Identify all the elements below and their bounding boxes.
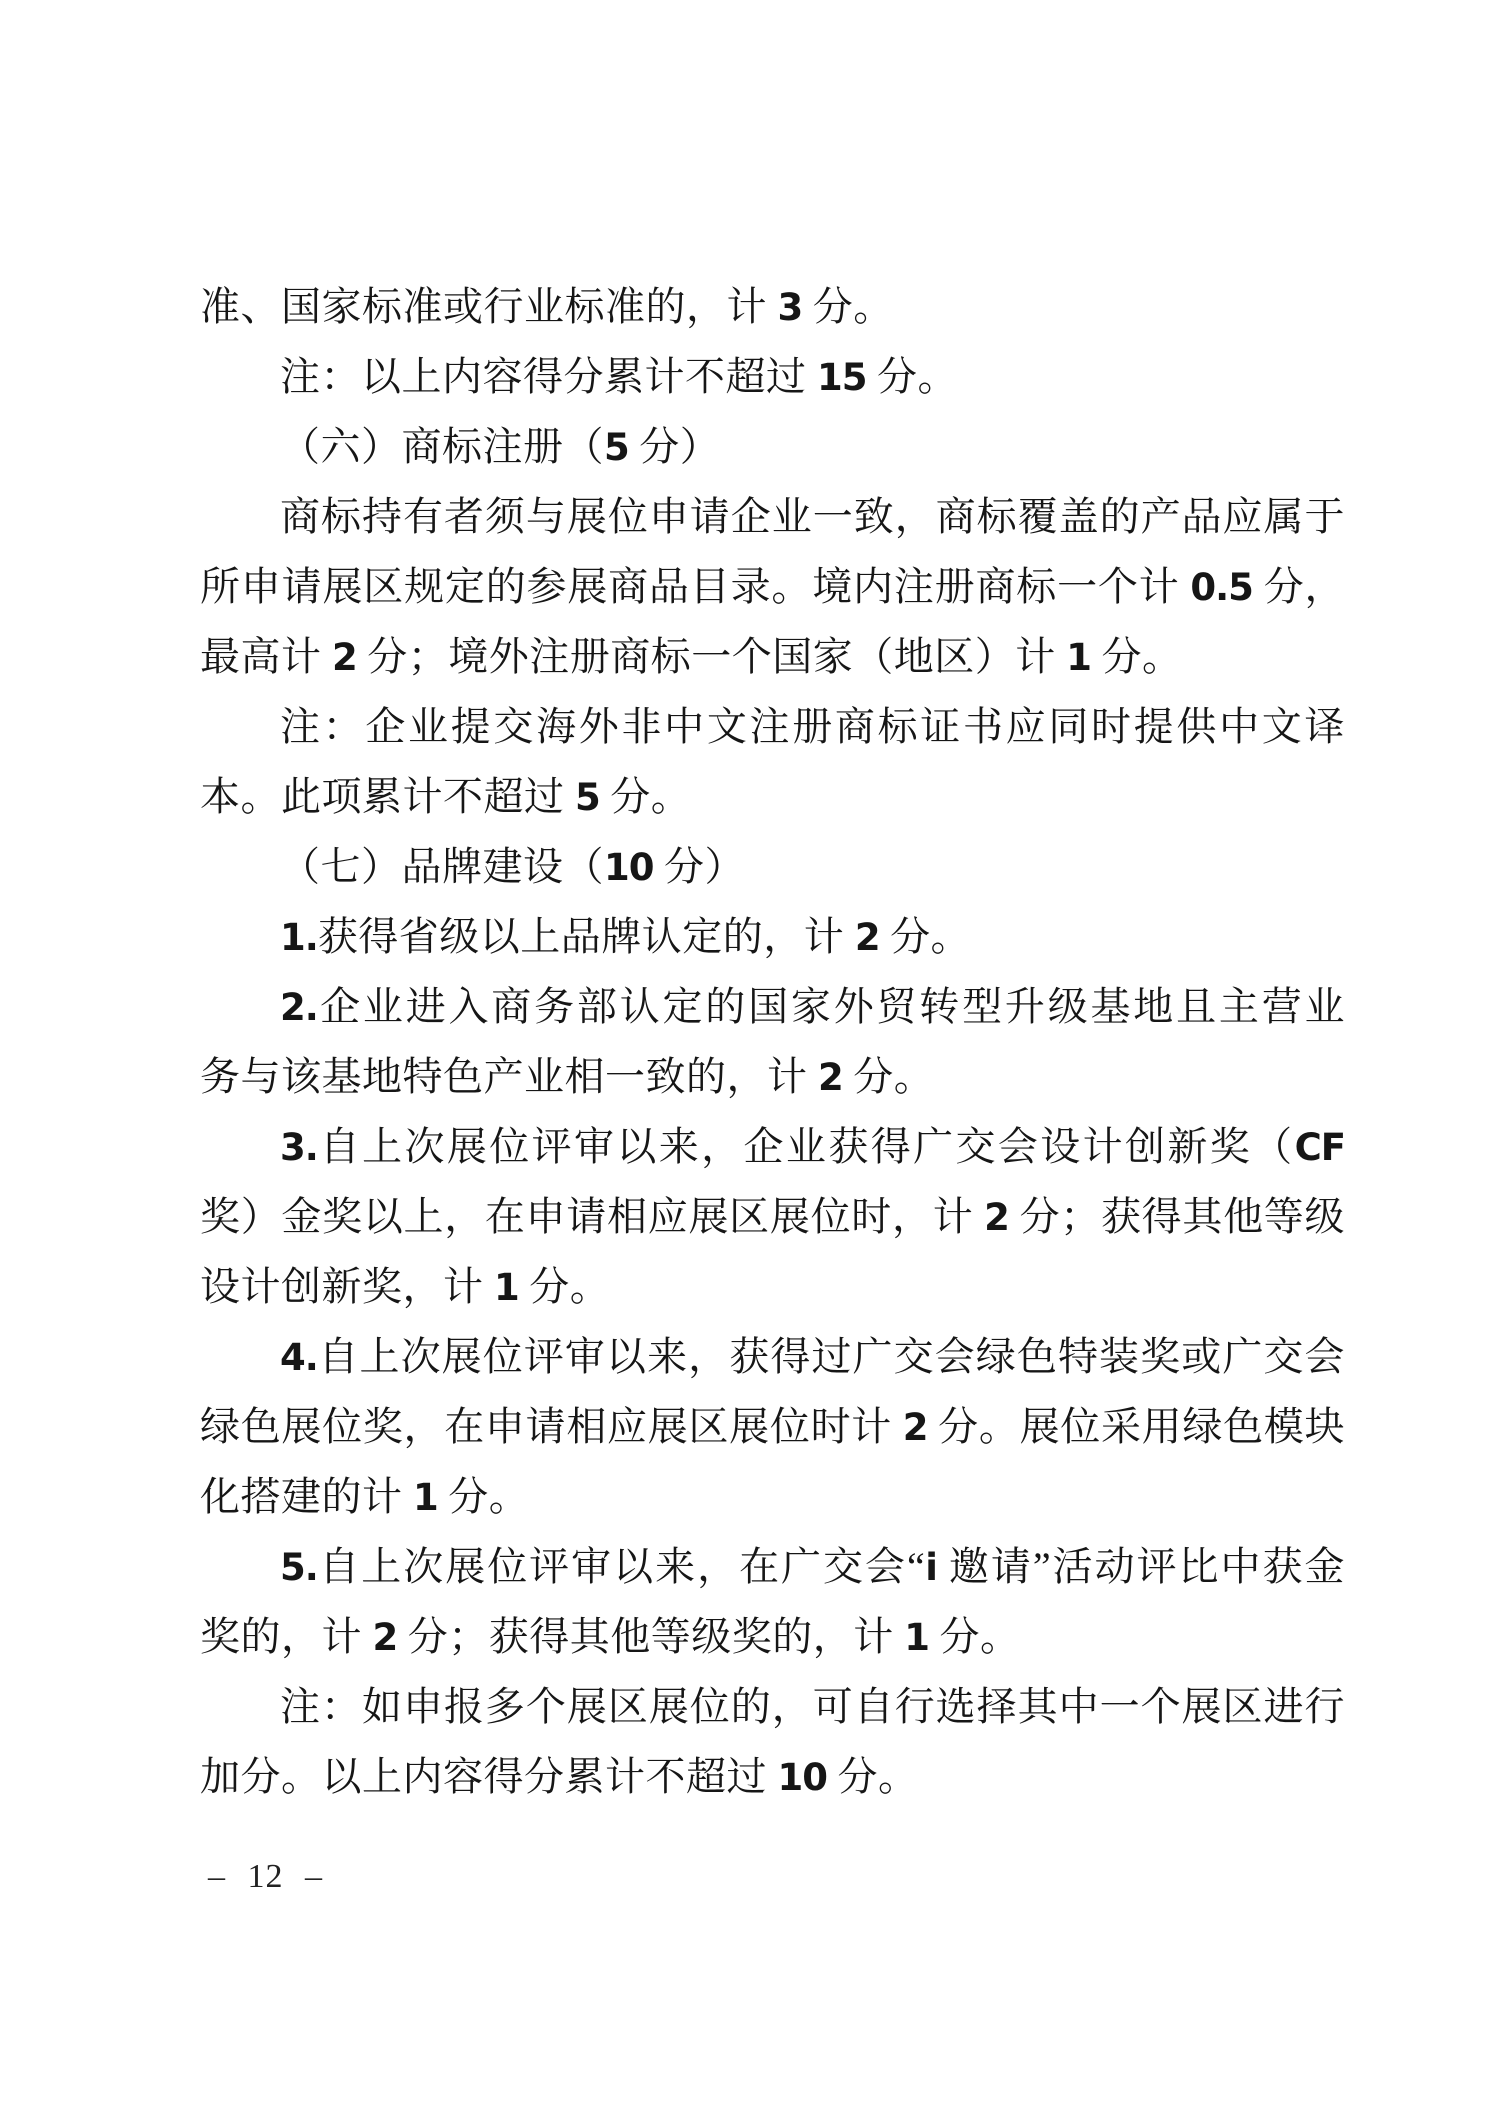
text-line: 奖的，计 2 分；获得其他等级奖的，计 1 分。 — [200, 1602, 1345, 1672]
text-line: 1.获得省级以上品牌认定的，计 2 分。 — [200, 902, 1345, 972]
text-line: 注：以上内容得分累计不超过 15 分。 — [200, 342, 1345, 412]
text-line: 奖）金奖以上，在申请相应展区展位时，计 2 分；获得其他等级 — [200, 1182, 1345, 1252]
text-line: 最高计 2 分；境外注册商标一个国家（地区）计 1 分。 — [200, 622, 1345, 692]
text-line: 本。此项累计不超过 5 分。 — [200, 762, 1345, 832]
text-line: （六）商标注册（5 分） — [200, 412, 1345, 482]
text-line: 加分。以上内容得分累计不超过 10 分。 — [200, 1742, 1345, 1812]
text-line: 4.自上次展位评审以来，获得过广交会绿色特装奖或广交会 — [200, 1322, 1345, 1392]
document-page: 准、国家标准或行业标准的，计 3 分。 注：以上内容得分累计不超过 15 分。 … — [0, 0, 1488, 2104]
text-line: 注：如申报多个展区展位的，可自行选择其中一个展区进行 — [200, 1672, 1345, 1742]
text-line: 商标持有者须与展位申请企业一致，商标覆盖的产品应属于 — [200, 482, 1345, 552]
text-line: 5.自上次展位评审以来，在广交会“i 邀请”活动评比中获金 — [200, 1532, 1345, 1602]
page-number: – 12 – — [208, 1856, 323, 1898]
text-line: 设计创新奖，计 1 分。 — [200, 1252, 1345, 1322]
text-line: 绿色展位奖，在申请相应展区展位时计 2 分。展位采用绿色模块 — [200, 1392, 1345, 1462]
text-line: 准、国家标准或行业标准的，计 3 分。 — [200, 272, 1345, 342]
text-line: 注：企业提交海外非中文注册商标证书应同时提供中文译 — [200, 692, 1345, 762]
text-line: 3.自上次展位评审以来，企业获得广交会设计创新奖（CF — [200, 1112, 1345, 1182]
text-line: （七）品牌建设（10 分） — [200, 832, 1345, 902]
document-body: 准、国家标准或行业标准的，计 3 分。 注：以上内容得分累计不超过 15 分。 … — [200, 272, 1345, 1812]
text-line: 化搭建的计 1 分。 — [200, 1462, 1345, 1532]
text-line: 所申请展区规定的参展商品目录。境内注册商标一个计 0.5 分， — [200, 552, 1345, 622]
text-line: 务与该基地特色产业相一致的，计 2 分。 — [200, 1042, 1345, 1112]
text-line: 2.企业进入商务部认定的国家外贸转型升级基地且主营业 — [200, 972, 1345, 1042]
